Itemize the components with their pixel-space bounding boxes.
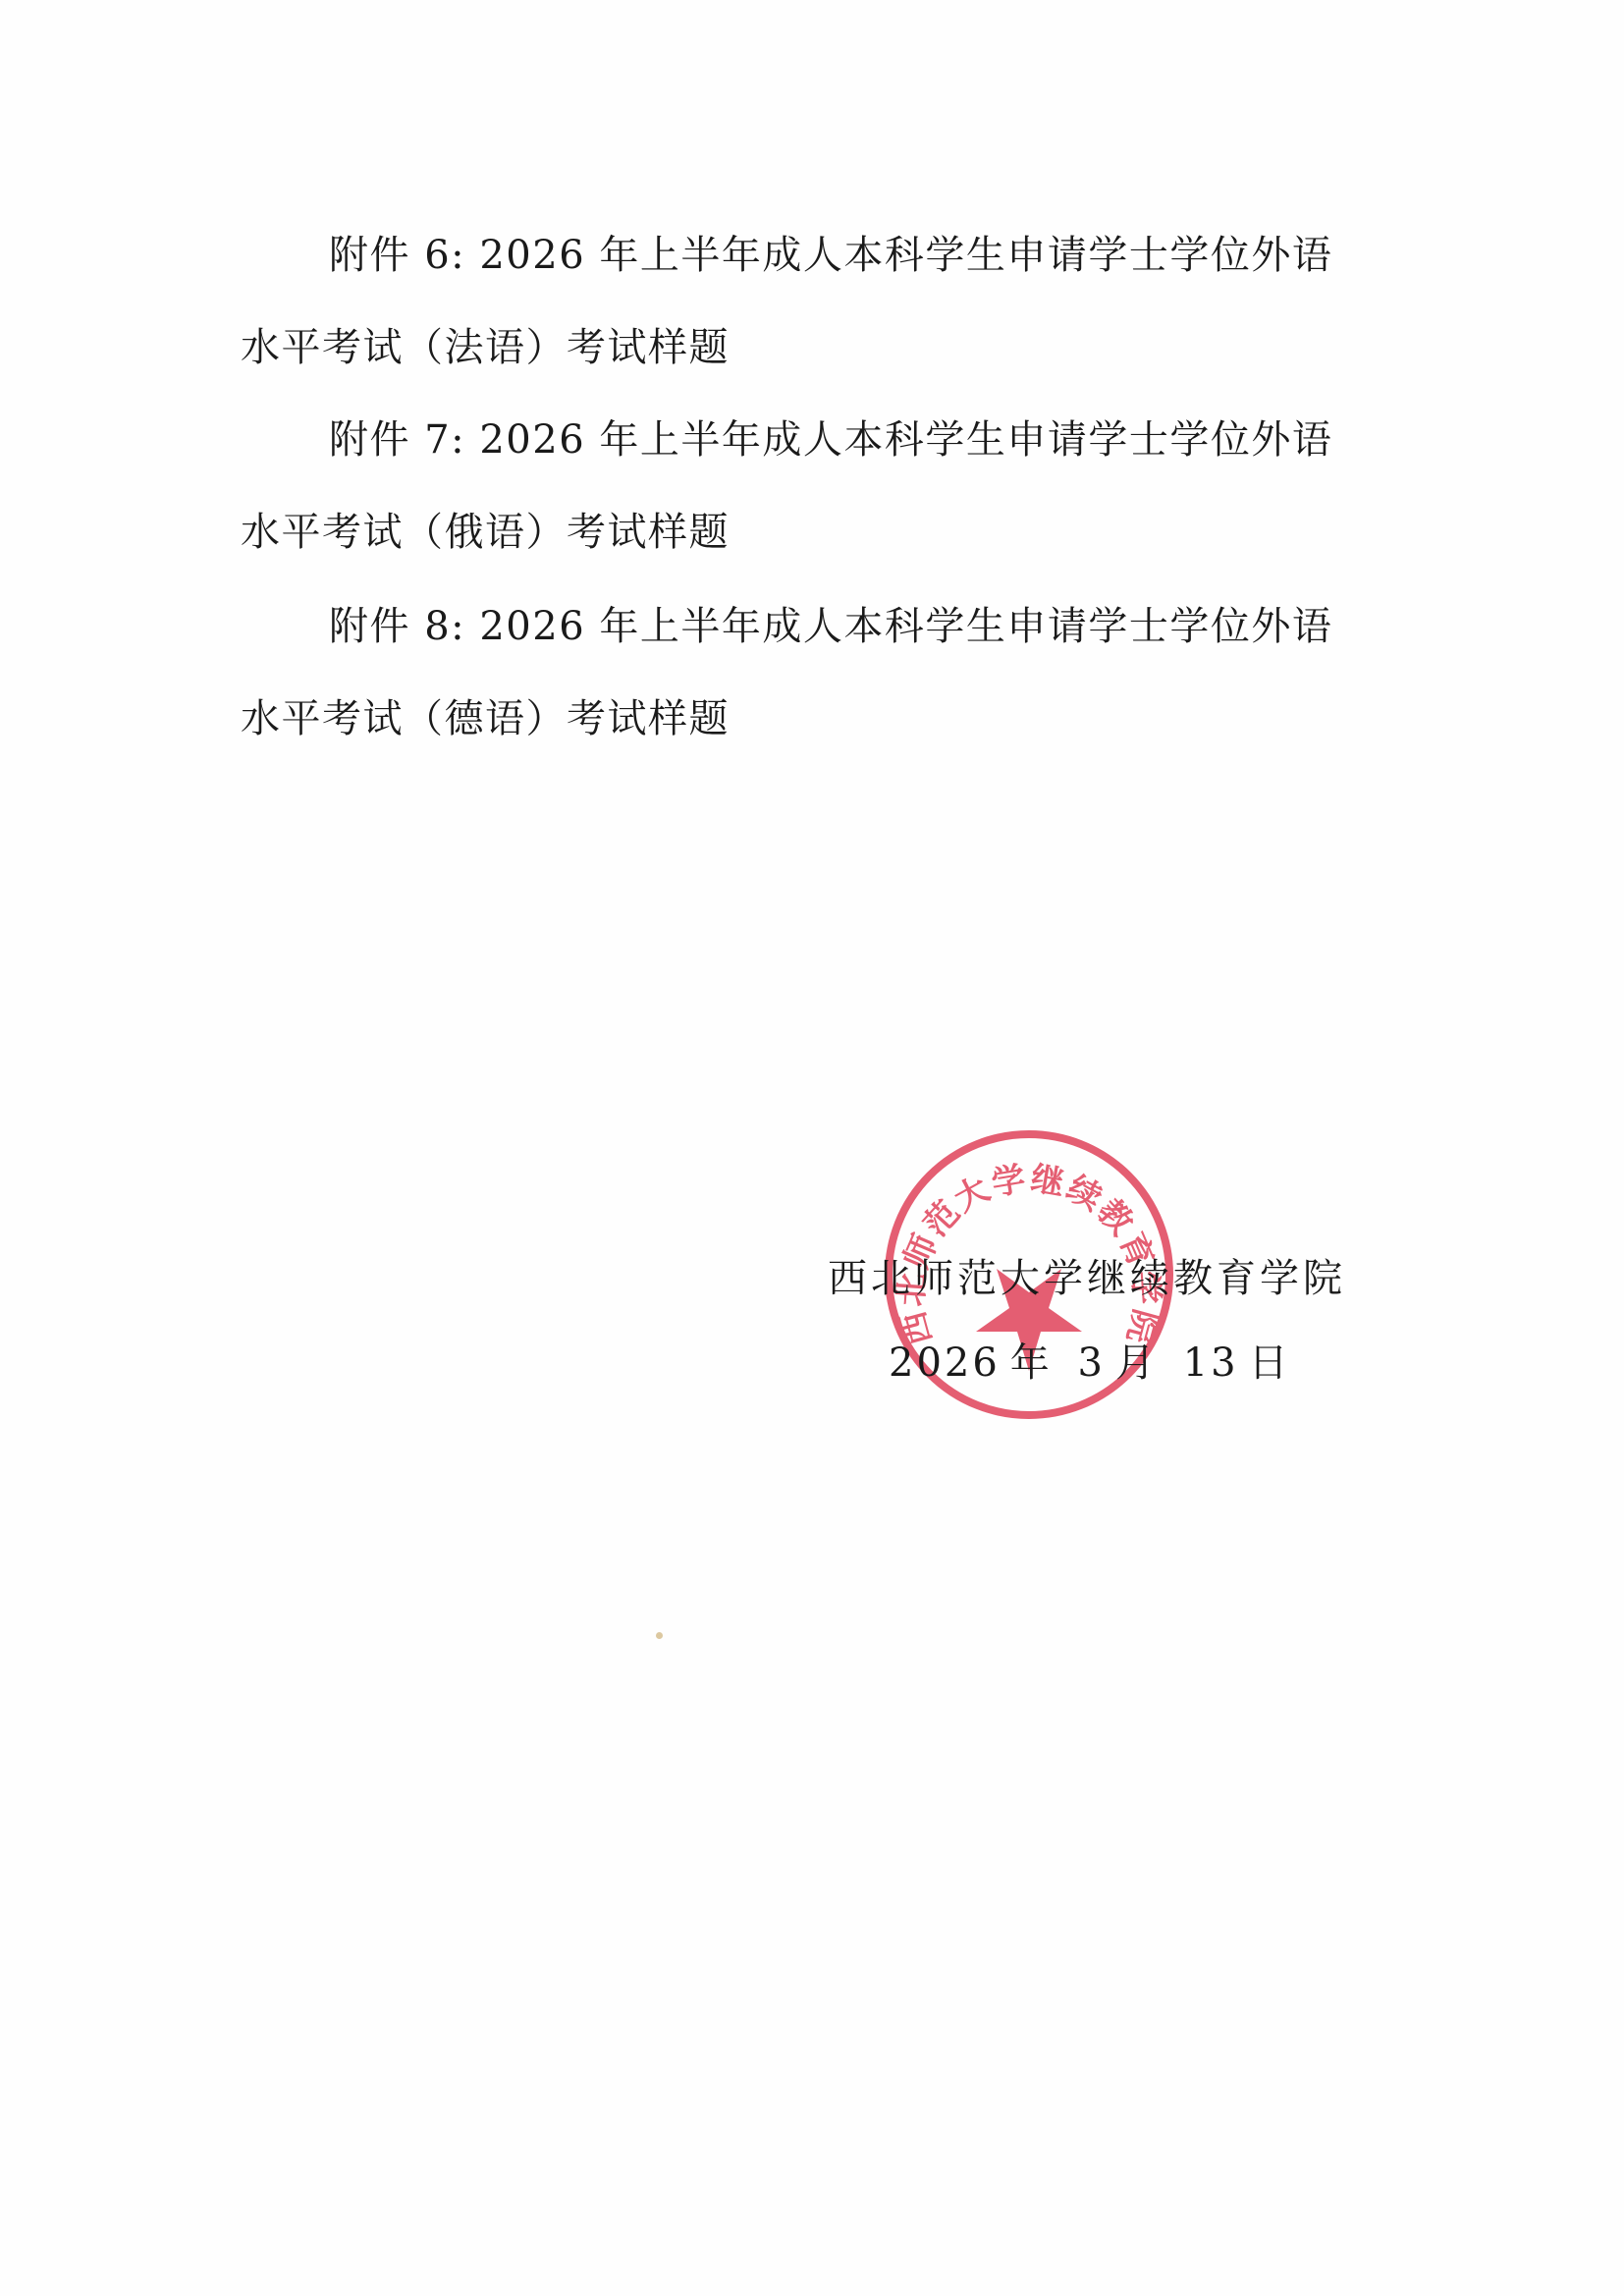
date-month-unit: 月 <box>1115 1340 1158 1386</box>
attachment-6-title-line2: 水平考试（法语）考试样题 <box>241 316 1380 379</box>
attachment-8: 附件 8: 2026 年上半年成人本科学生申请学士学位外语 水平考试（德语）考试… <box>241 595 1380 750</box>
attachment-7-title-line2: 水平考试（俄语）考试样题 <box>241 501 1380 564</box>
attachment-8-title-line2: 水平考试（德语）考试样题 <box>241 687 1380 750</box>
attachment-6-title-line1: 附件 6: 2026 年上半年成人本科学生申请学士学位外语 <box>241 224 1380 287</box>
attachment-6: 附件 6: 2026 年上半年成人本科学生申请学士学位外语 水平考试（法语）考试… <box>241 224 1380 379</box>
attachment-7-title-line1: 附件 7: 2026 年上半年成人本科学生申请学士学位外语 <box>241 409 1380 471</box>
date-year: 2026 <box>889 1340 1001 1386</box>
issue-date: 2026年 3月 13日 <box>889 1332 1301 1388</box>
date-month: 3 <box>1078 1340 1106 1386</box>
issuing-organization: 西北师范大学继续教育学院 <box>828 1247 1346 1303</box>
attachment-8-title-line1: 附件 8: 2026 年上半年成人本科学生申请学士学位外语 <box>241 595 1380 658</box>
date-day-unit: 日 <box>1249 1340 1291 1386</box>
scan-speck <box>656 1632 663 1639</box>
date-day: 13 <box>1183 1340 1239 1386</box>
attachment-7: 附件 7: 2026 年上半年成人本科学生申请学士学位外语 水平考试（俄语）考试… <box>241 409 1380 564</box>
date-year-unit: 年 <box>1010 1340 1053 1386</box>
document-page: 附件 6: 2026 年上半年成人本科学生申请学士学位外语 水平考试（法语）考试… <box>0 0 1624 2296</box>
